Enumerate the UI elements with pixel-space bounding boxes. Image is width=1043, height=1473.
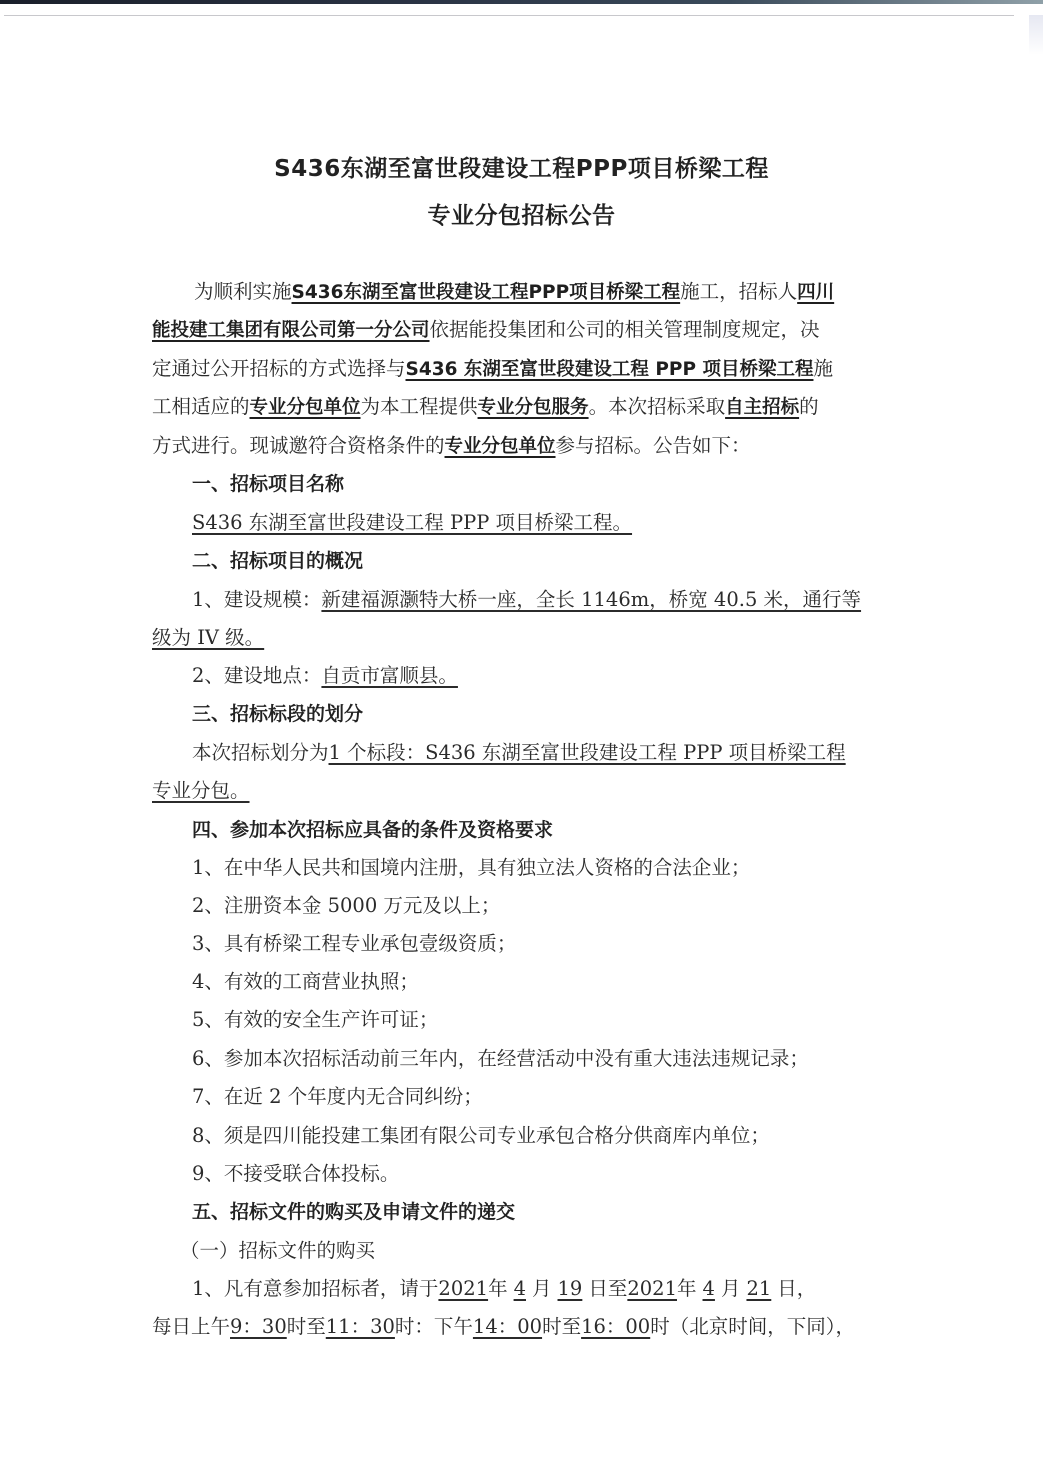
intro-text: 施 [813,357,833,380]
purchase-period-line: 1、凡有意参加招标者，请于2021年4月19日至2021年4月21日， [192,1277,922,1301]
tenderer-name-underlined: 四川 [797,282,834,303]
requirement-item: 5、有效的安全生产许可证； [192,1008,922,1032]
intro-text: 为本工程提供 [361,395,478,418]
start-day: 19 [552,1277,589,1300]
section-2-item-2: 2、建设地点：自贡市富顺县。 [192,664,922,688]
section-2-item-1: 1、建设规模：新建福源灏特大桥一座，全长 1146m，桥宽 40.5 米，通行等 [192,588,922,612]
month-label: 月 [532,1277,552,1300]
section-5-subheading: （一）招标文件的购买 [180,1239,910,1263]
purchase-hours-line: 每日上午9：30时至11：30时：下午14：00时至16：00时（北京时间，下同… [152,1315,882,1339]
section-3-text: 本次招标划分为1 个标段：S436 东湖至富世段建设工程 PPP 项目桥梁工程 [192,741,922,765]
document-page: S436东湖至富世段建设工程PPP项目桥梁工程 专业分包招标公告 为顺利实施S4… [0,0,1043,1473]
requirement-item: 4、有效的工商营业执照； [192,970,922,994]
section-4-heading: 四、参加本次招标应具备的条件及资格要求 [192,818,922,842]
section-3-heading: 三、招标标段的划分 [192,702,922,726]
start-month: 4 [508,1277,532,1300]
scale-value-underlined: 新建福源灏特大桥一座，全长 1146m，桥宽 40.5 米，通行等 [321,588,861,611]
document-subtitle: 专业分包招标公告 [0,197,1043,230]
document-title: S436东湖至富世段建设工程PPP项目桥梁工程 [0,150,1043,183]
item-label: 2、建设地点： [192,664,321,687]
section-2-item-1-cont: 级为 IV 级。 [152,626,882,650]
intro-text: 。本次招标采取 [589,395,726,418]
intro-line-3: 定通过公开招标的方式选择与S436 东湖至富世段建设工程 PPP 项目桥梁工程施 [152,357,882,382]
location-value-underlined: 自贡市富顺县。 [321,664,458,687]
hour-sep-label: 时：下午 [395,1315,473,1338]
tender-method-underlined: 自主招标 [725,397,799,418]
intro-text: 参与招标。公告如下： [556,434,751,457]
daily-label: 每日上午 [152,1315,230,1338]
to-label: 日至 [588,1277,627,1300]
section-3-text-cont: 专业分包。 [152,779,882,803]
day-label: 日， [777,1277,816,1300]
intro-text: 方式进行。现诚邀符合资格条件的 [152,434,445,457]
subcontractor-underlined: 专业分包单位 [445,436,556,457]
intro-text: 定通过公开招标的方式选择与 [152,357,406,380]
requirement-item: 3、具有桥梁工程专业承包壹级资质； [192,932,922,956]
year-label: 年 [677,1277,697,1300]
section-5-heading: 五、招标文件的购买及申请文件的递交 [192,1200,922,1224]
requirement-item: 1、在中华人民共和国境内注册，具有独立法人资格的合法企业； [192,856,922,880]
am-end-time: 11：30 [326,1315,395,1338]
requirement-item: 8、须是四川能投建工集团有限公司专业承包合格分供商库内单位； [192,1124,922,1148]
service-underlined: 专业分包服务 [478,397,589,418]
hour-to-label: 时至 [287,1315,326,1338]
requirement-item: 9、不接受联合体投标。 [192,1162,922,1186]
pm-start-time: 14：00 [473,1315,542,1338]
section-2-heading: 二、招标项目的概况 [192,549,922,573]
scale-value-underlined: 级为 IV 级。 [152,626,264,649]
tenderer-name-underlined: 能投建工集团有限公司第一分公司 [152,320,430,341]
intro-line-2: 能投建工集团有限公司第一分公司依据能投集团和公司的相关管理制度规定，决 [152,318,882,343]
am-start-time: 9：30 [230,1315,287,1338]
lot-value-underlined: 专业分包。 [152,779,250,802]
intro-text: 依据能投集团和公司的相关管理制度规定，决 [430,318,820,341]
requirement-item: 6、参加本次招标活动前三年内，在经营活动中没有重大违法违规记录； [192,1047,922,1071]
purchase-text: 1、凡有意参加招标者，请于 [192,1277,438,1300]
end-month: 4 [697,1277,721,1300]
timezone-note: 时（北京时间，下同）， [650,1315,855,1338]
pm-end-time: 16：00 [581,1315,650,1338]
end-year: 2021 [627,1277,677,1300]
requirement-item: 7、在近 2 个年度内无合同纠纷； [192,1085,922,1109]
hour-to-label: 时至 [542,1315,581,1338]
section-1-content: S436 东湖至富世段建设工程 PPP 项目桥梁工程。 [192,511,922,535]
end-day: 21 [740,1277,777,1300]
intro-text: 施工，招标人 [680,280,797,303]
intro-text: 工相适应的 [152,395,250,418]
project-name-underlined: S436 东湖至富世段建设工程 PPP 项目桥梁工程 [406,359,814,380]
intro-line-5: 方式进行。现诚邀符合资格条件的专业分包单位参与招标。公告如下： [152,434,882,459]
requirement-item: 2、注册资本金 5000 万元及以上； [192,894,922,918]
project-name-underlined: S436东湖至富世段建设工程PPP项目桥梁工程 [292,282,681,303]
item-label: 1、建设规模： [192,588,321,611]
project-name-underlined: S436 东湖至富世段建设工程 PPP 项目桥梁工程。 [192,511,632,534]
year-label: 年 [488,1277,508,1300]
intro-line-4: 工相适应的专业分包单位为本工程提供专业分包服务。本次招标采取自主招标的 [152,395,882,420]
intro-text: 的 [799,395,819,418]
lot-value-underlined: 1 个标段：S436 东湖至富世段建设工程 PPP 项目桥梁工程 [329,741,846,764]
section-1-heading: 一、招标项目名称 [192,472,922,496]
month-label: 月 [721,1277,741,1300]
start-year: 2021 [438,1277,488,1300]
intro-text: 为顺利实施 [194,280,292,303]
subcontractor-underlined: 专业分包单位 [250,397,361,418]
intro-line-1: 为顺利实施S436东湖至富世段建设工程PPP项目桥梁工程施工，招标人四川 [152,280,882,305]
section-text: 本次招标划分为 [192,741,329,764]
